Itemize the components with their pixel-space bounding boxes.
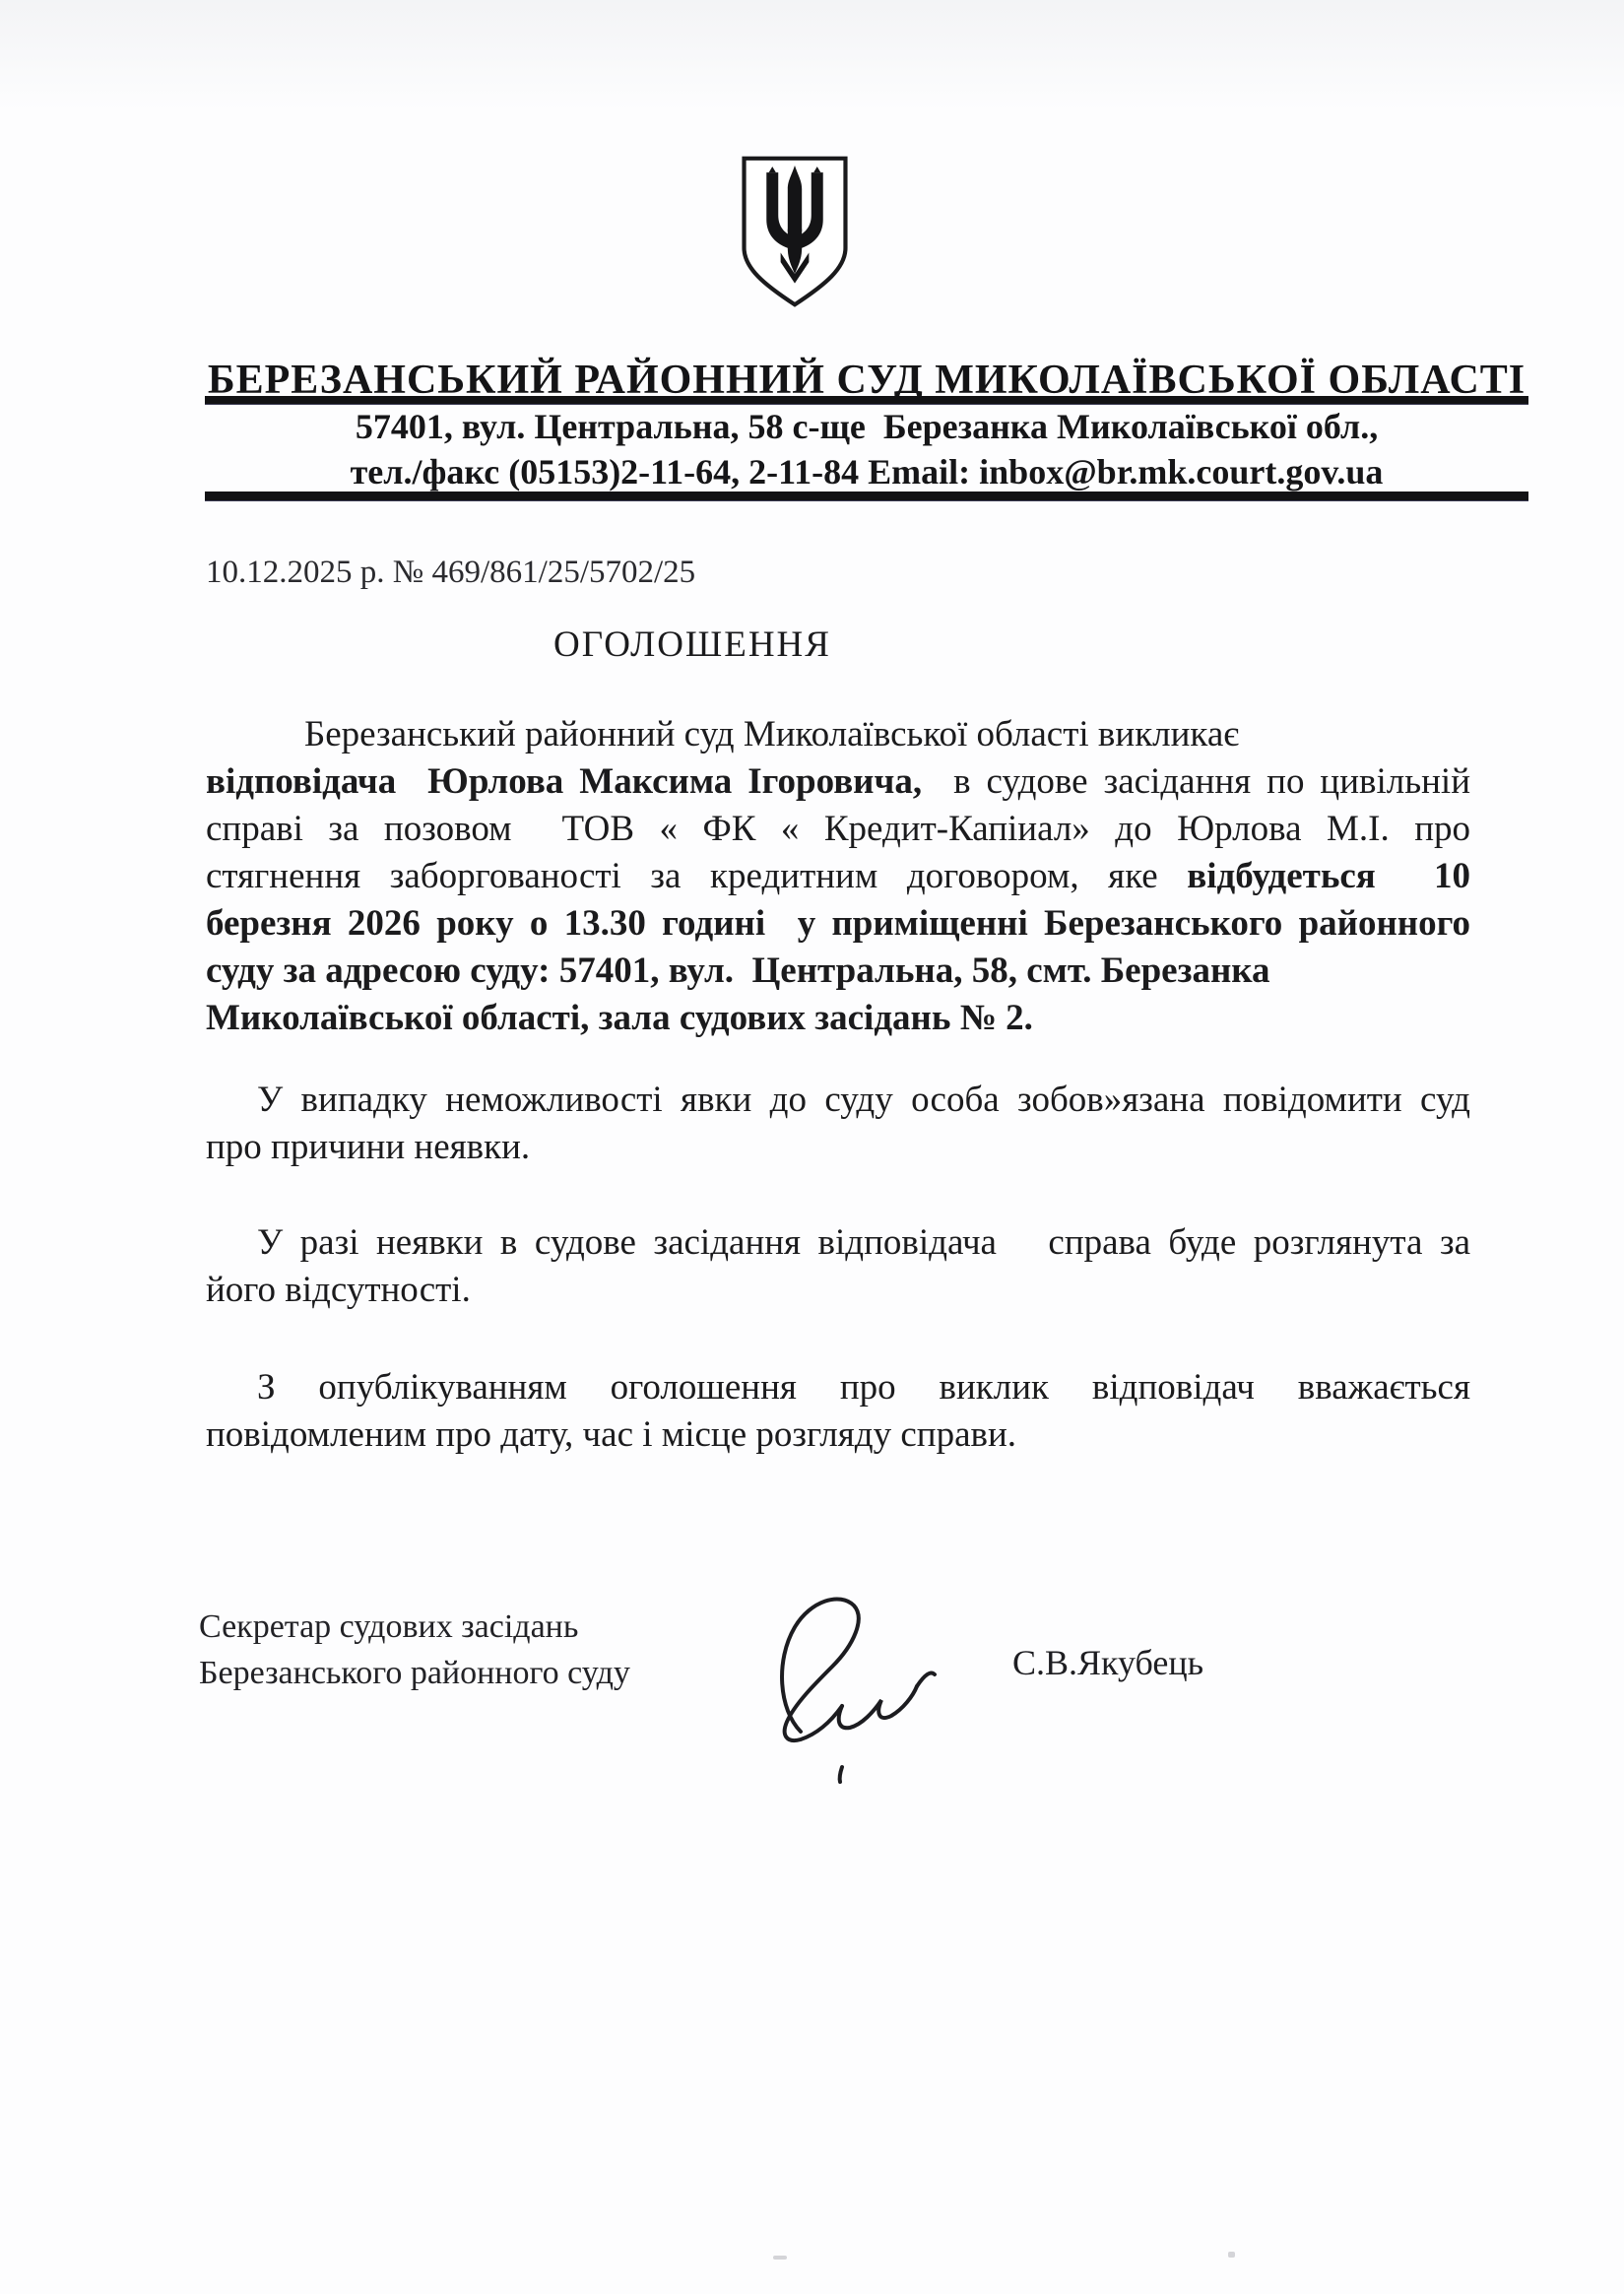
text-segment: відповідача Юрлова Максима Ігоровича, — [206, 761, 922, 802]
scan-speck — [773, 2256, 787, 2260]
paragraph: З опублікуванням оголошення про виклик в… — [206, 1364, 1470, 1459]
signature-role-line1: Секретар судових засідань — [199, 1604, 630, 1650]
scan-noise-band — [0, 0, 1624, 148]
court-contact-line: тел./факс (05153)2-11-64, 2-11-84 Email:… — [205, 451, 1528, 492]
text-line: про причини неявки. — [206, 1124, 1470, 1171]
text-line: його відсутності. — [206, 1267, 1470, 1314]
text-line: відповідача Юрлова Максима Ігоровича, в … — [206, 758, 1470, 806]
text-line: березня 2026 року о 13.30 годині у примі… — [206, 900, 1470, 948]
text-line: Березанський районний суд Миколаївської … — [206, 711, 1470, 758]
text-line: У випадку неможливості явки до суду особ… — [206, 1077, 1470, 1124]
announcement-title: ОГОЛОШЕННЯ — [205, 623, 1180, 666]
handwritten-signature-icon — [684, 1584, 980, 1791]
text-segment: березня 2026 року о 13.30 годині у примі… — [206, 903, 1470, 944]
paragraph: Березанський районний суд Миколаївської … — [206, 711, 1470, 1042]
court-address-line: 57401, вул. Центральна, 58 с-ще Березанк… — [205, 406, 1528, 447]
text-line: З опублікуванням оголошення про виклик в… — [206, 1364, 1470, 1411]
text-segment: його відсутності. — [206, 1270, 471, 1310]
text-segment: повідомленим про дату, час і місце розгл… — [206, 1414, 1016, 1455]
signature-role-line2: Березанського районного суду — [199, 1650, 630, 1696]
text-segment: про причини неявки. — [206, 1127, 530, 1167]
text-segment: в судове засідання по цивільній — [922, 761, 1470, 802]
ukraine-trident-emblem-icon — [736, 154, 854, 309]
text-segment: стягнення заборгованості за кредитним до… — [206, 856, 1187, 896]
text-segment: У разі неявки в судове засідання відпові… — [257, 1222, 1470, 1263]
text-segment: суду за адресою суду: 57401, вул. Центра… — [206, 950, 1270, 991]
text-segment: Миколаївської області, зала судових засі… — [206, 998, 1033, 1038]
scanned-court-notice-page: { "document": { "emblem_name": "ukraine-… — [0, 0, 1624, 2294]
text-line: У разі неявки в судове засідання відпові… — [206, 1219, 1470, 1267]
paragraph: У разі неявки в судове засідання відпові… — [206, 1219, 1470, 1314]
text-line: суду за адресою суду: 57401, вул. Центра… — [206, 948, 1470, 995]
paragraph: У випадку неможливості явки до суду особ… — [206, 1077, 1470, 1171]
text-segment: відбудеться 10 — [1187, 856, 1470, 896]
text-segment: У випадку неможливості явки до суду особ… — [257, 1080, 1470, 1120]
text-line: повідомленим про дату, час і місце розгл… — [206, 1411, 1470, 1459]
text-segment: Березанський районний суд Миколаївської … — [304, 714, 1239, 754]
date-and-case-number: 10.12.2025 р. № 469/861/25/5702/25 — [206, 555, 695, 591]
header-divider-bottom — [205, 492, 1528, 500]
text-line: справі за позовом ТОВ « ФК « Кредит-Капі… — [206, 806, 1470, 853]
header-divider-top — [205, 396, 1528, 404]
scan-speck — [1228, 2252, 1235, 2258]
text-line: Миколаївської області, зала судових засі… — [206, 995, 1470, 1042]
signatory-name: С.В.Якубець — [1012, 1642, 1203, 1683]
text-segment: З опублікуванням оголошення про виклик в… — [257, 1367, 1470, 1408]
text-line: стягнення заборгованості за кредитним до… — [206, 853, 1470, 900]
document-body: Березанський районний суд Миколаївської … — [206, 711, 1470, 1459]
signature-role-block: Секретар судових засідань Березанського … — [199, 1604, 630, 1696]
text-segment: справі за позовом ТОВ « ФК « Кредит-Капі… — [206, 809, 1470, 849]
